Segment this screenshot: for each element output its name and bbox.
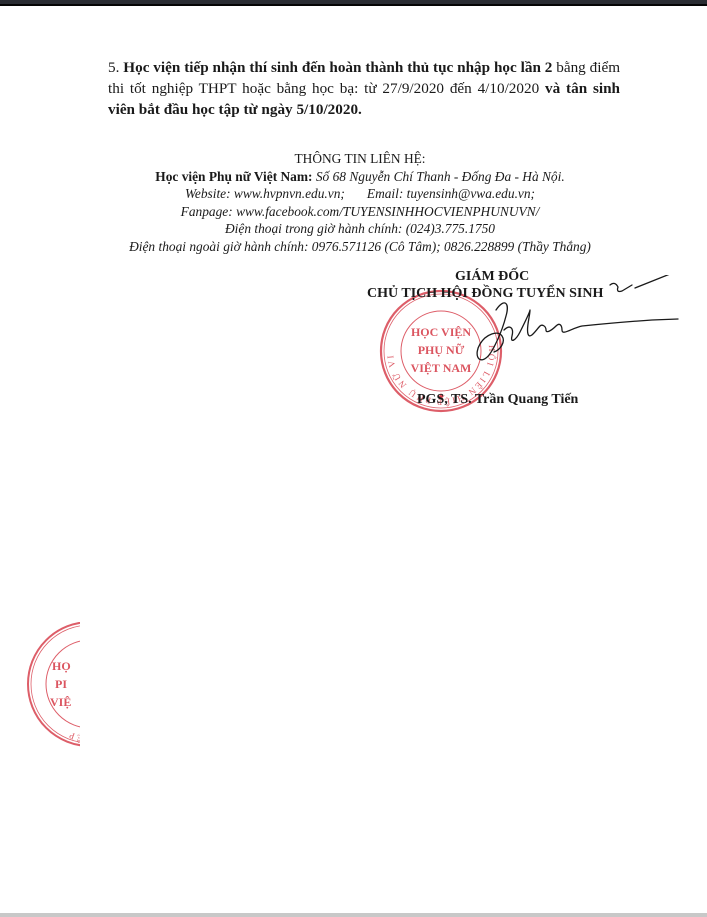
contact-phone-after-text: Điện thoại ngoài giờ hành chính: 0976.57…: [129, 239, 591, 254]
contact-fanpage-text: Fanpage: www.facebook.com/TUYENSINHHOCVI…: [181, 204, 540, 219]
stamp-line-1: HỌC VIỆN: [411, 325, 471, 339]
contact-heading: THÔNG TIN LIÊN HỆ:: [90, 150, 630, 168]
top-divider: [0, 4, 707, 6]
stamp-line-3: VIỆT NAM: [411, 361, 472, 375]
contact-address: Số 68 Nguyễn Chí Thanh - Đống Đa - Hà Nộ…: [316, 169, 565, 184]
partial-stamp-line-3: VIỆ: [50, 695, 71, 709]
contact-phone-office-text: Điện thoại trong giờ hành chính: (024)3.…: [225, 221, 495, 236]
contact-phone-after: Điện thoại ngoài giờ hành chính: 0976.57…: [90, 238, 630, 256]
paragraph-number: 5.: [108, 59, 119, 76]
contact-email: Email: tuyensinh@vwa.edu.vn;: [367, 186, 535, 201]
contact-fanpage: Fanpage: www.facebook.com/TUYENSINHHOCVI…: [90, 203, 630, 221]
contact-org-label: Học viện Phụ nữ Việt Nam:: [155, 169, 312, 184]
partial-stamp: HỘI LIÊN HIỆP HỌ PI VIỆ: [0, 622, 80, 747]
partial-stamp-line-1: HỌ: [52, 659, 71, 673]
signatory-name: PGS, TS. Trần Quang Tiến: [417, 392, 578, 408]
contact-website: Website: www.hvpnvn.edu.vn;: [185, 186, 345, 201]
paragraph-5: 5. Học viện tiếp nhận thí sinh đến hoàn …: [108, 57, 620, 120]
stamp-line-2: PHỤ NỮ: [418, 343, 465, 357]
bottom-divider: [0, 913, 707, 917]
handwritten-signature: [470, 275, 680, 385]
partial-stamp-line-2: PI: [55, 677, 67, 691]
contact-org-line: Học viện Phụ nữ Việt Nam: Số 68 Nguyễn C…: [90, 168, 630, 186]
contact-info: THÔNG TIN LIÊN HỆ: Học viện Phụ nữ Việt …: [90, 150, 630, 256]
paragraph-bold-lead: Học viện tiếp nhận thí sinh đến hoàn thà…: [123, 59, 552, 76]
contact-phone-office: Điện thoại trong giờ hành chính: (024)3.…: [90, 220, 630, 238]
contact-web-line: Website: www.hvpnvn.edu.vn;Email: tuyens…: [90, 185, 630, 203]
